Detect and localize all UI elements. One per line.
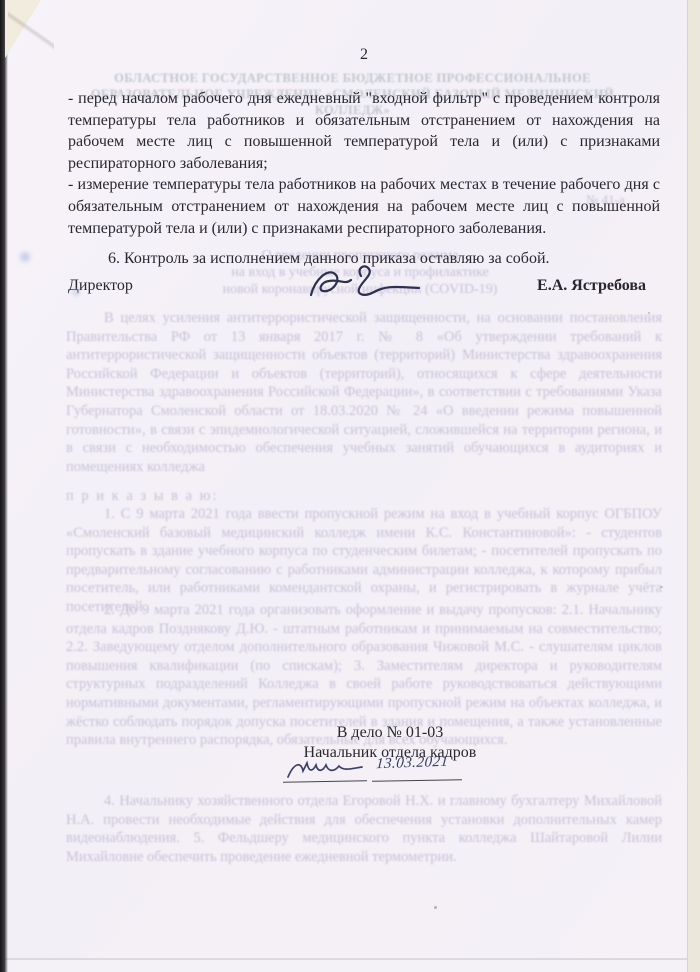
filing-case-number: В дело № 01-03 [280, 723, 500, 743]
folded-corner-shadow [8, 0, 54, 60]
scanned-page: ОБЛАСТНОЕ ГОСУДАРСТВЕННОЕ БЮДЖЕТНОЕ ПРОФ… [0, 0, 700, 972]
body-text: - перед началом рабочего дня ежедневный … [68, 88, 660, 270]
dust-speck [648, 312, 650, 314]
date-underline [372, 779, 462, 782]
director-signature-icon [295, 255, 435, 310]
ink-smudge [20, 252, 30, 262]
paragraph-temperature-measure: - измерение температуры тела работников … [68, 174, 660, 239]
dust-speck [660, 586, 663, 588]
ink-smudge [72, 288, 80, 296]
paper-right-edge [687, 0, 700, 972]
handwritten-date: 13.03.2021 [375, 754, 449, 774]
dust-speck [434, 906, 437, 909]
page-number: 2 [68, 46, 660, 64]
director-name: Е.А. Ястребова [537, 277, 646, 295]
paragraph-entry-filter: - перед началом рабочего дня ежедневный … [68, 88, 660, 174]
scan-left-edge [0, 0, 8, 972]
paper-bottom-edge [0, 958, 700, 972]
hr-head-signature-icon [284, 757, 368, 783]
document-content: 2 - перед началом рабочего дня ежедневны… [0, 0, 700, 972]
